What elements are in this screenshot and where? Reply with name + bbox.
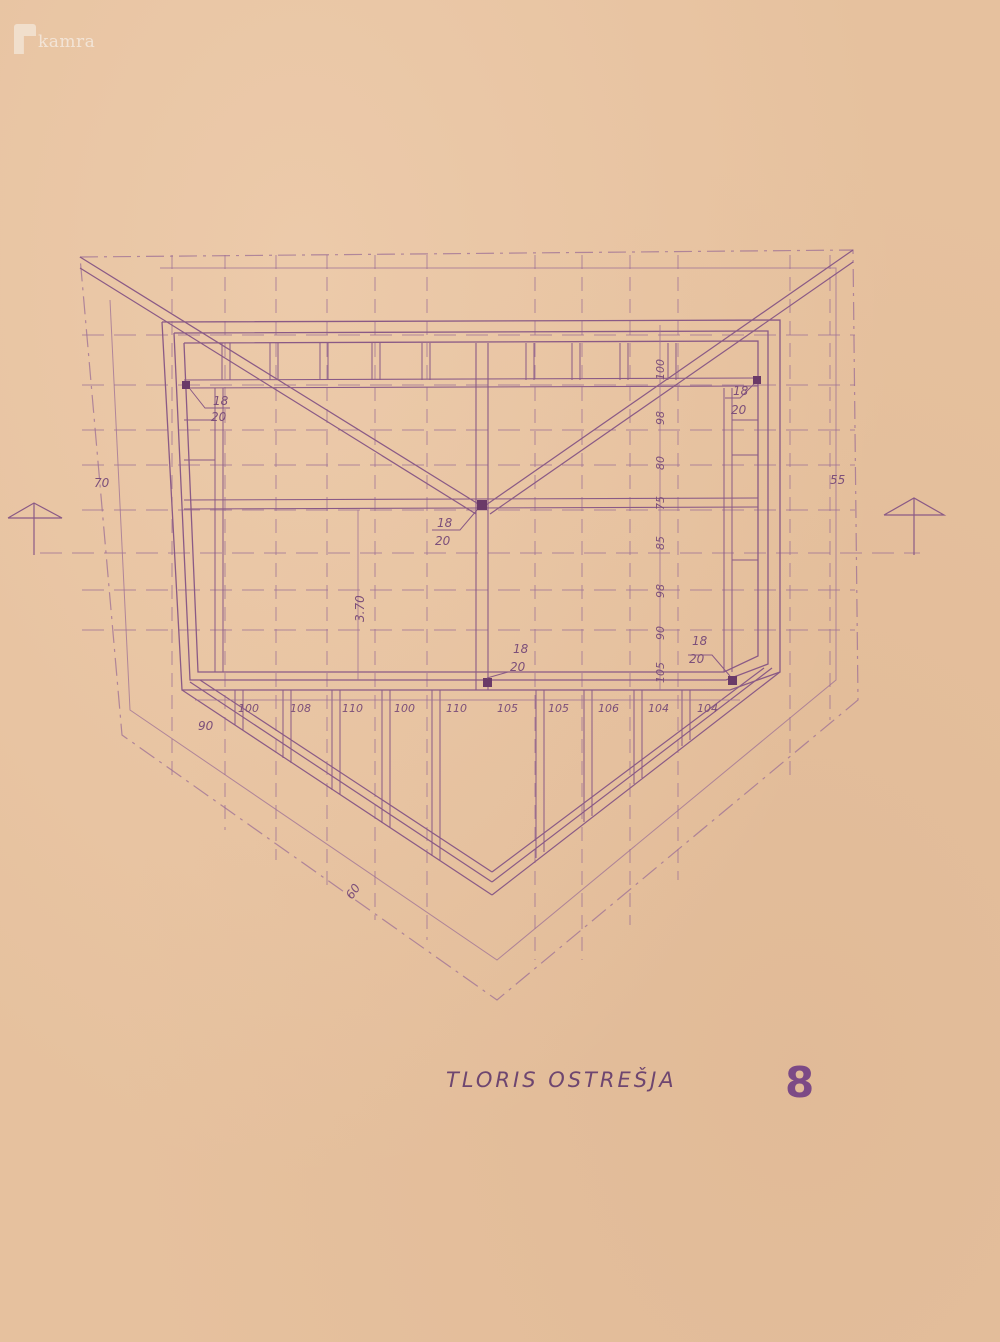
dim-bottom-8: 106 bbox=[598, 702, 619, 715]
hip-rafters bbox=[80, 250, 853, 895]
section-arrow-up-icon-right bbox=[884, 498, 944, 555]
sheet-number: 8 bbox=[785, 1058, 814, 1107]
post-label-bottom-right-bottom: 20 bbox=[689, 652, 705, 666]
dim-bottom-1: 100 bbox=[238, 702, 259, 715]
overhang-outline bbox=[80, 250, 858, 1000]
grid-vertical bbox=[172, 255, 830, 960]
dim-right-8: 100 bbox=[654, 359, 667, 380]
dim-bottom-6: 105 bbox=[497, 702, 518, 715]
post-label-center-bottom: 20 bbox=[435, 534, 451, 548]
post-top-right bbox=[753, 376, 761, 384]
dim-span-height: 3.70 bbox=[353, 595, 367, 622]
dim-right-4: 85 bbox=[654, 536, 667, 550]
dim-diagonal-overhang: 60 bbox=[343, 881, 363, 902]
post-bottom-center bbox=[483, 678, 492, 687]
post-center bbox=[477, 500, 487, 510]
dim-right-5: 75 bbox=[654, 496, 667, 510]
post-label-bottom-right-top: 18 bbox=[692, 634, 708, 648]
dim-bottom-2: 108 bbox=[290, 702, 311, 715]
jack-rafters bbox=[235, 690, 690, 861]
dim-right-2: 90 bbox=[654, 626, 667, 640]
dim-right-overhang: 55 bbox=[830, 473, 845, 487]
side-studs bbox=[184, 388, 758, 672]
dim-corner-offset: 90 bbox=[198, 719, 214, 733]
post-label-top-right-bottom: 20 bbox=[731, 403, 747, 417]
dim-bottom-7: 105 bbox=[548, 702, 569, 715]
dim-right-3: 98 bbox=[654, 584, 667, 598]
dim-right-1: 105 bbox=[654, 662, 667, 683]
posts bbox=[182, 376, 761, 687]
post-label-top-left-top: 18 bbox=[213, 394, 229, 408]
dim-bottom-10: 104 bbox=[697, 702, 718, 715]
post-label-top-left-bottom: 20 bbox=[211, 410, 227, 424]
post-label-bottom-center-bottom: 20 bbox=[510, 660, 526, 674]
other-dims: 3.70 70 55 90 60 bbox=[94, 473, 845, 902]
dim-right-6: 80 bbox=[654, 456, 667, 470]
top-purlin bbox=[184, 378, 758, 509]
dim-bottom-9: 104 bbox=[648, 702, 669, 715]
bottom-spacing-dims: 100 108 110 100 110 105 105 106 104 104 bbox=[238, 702, 718, 715]
post-label-bottom-center-top: 18 bbox=[513, 642, 529, 656]
post-label-top-right-top: 18 bbox=[733, 384, 749, 398]
drawing-title: TLORIS OSTREŠJA bbox=[446, 1068, 677, 1092]
dim-bottom-5: 110 bbox=[446, 702, 467, 715]
dim-right-7: 98 bbox=[654, 411, 667, 425]
dim-left-overhang: 70 bbox=[94, 476, 110, 490]
post-bottom-right bbox=[728, 676, 737, 685]
roof-plan-drawing: 18 20 18 20 18 20 18 20 18 20 100 108 11… bbox=[0, 0, 1000, 1342]
section-arrow-up-icon-left bbox=[8, 503, 62, 555]
top-rafters bbox=[222, 343, 676, 380]
post-top-left bbox=[182, 381, 190, 389]
post-label-center-top: 18 bbox=[437, 516, 453, 530]
eave-line bbox=[110, 268, 836, 960]
dim-bottom-3: 110 bbox=[342, 702, 363, 715]
wall-plate-frame bbox=[162, 320, 780, 690]
center-beam bbox=[476, 343, 488, 690]
dim-bottom-4: 100 bbox=[394, 702, 415, 715]
post-leaders bbox=[190, 384, 754, 678]
